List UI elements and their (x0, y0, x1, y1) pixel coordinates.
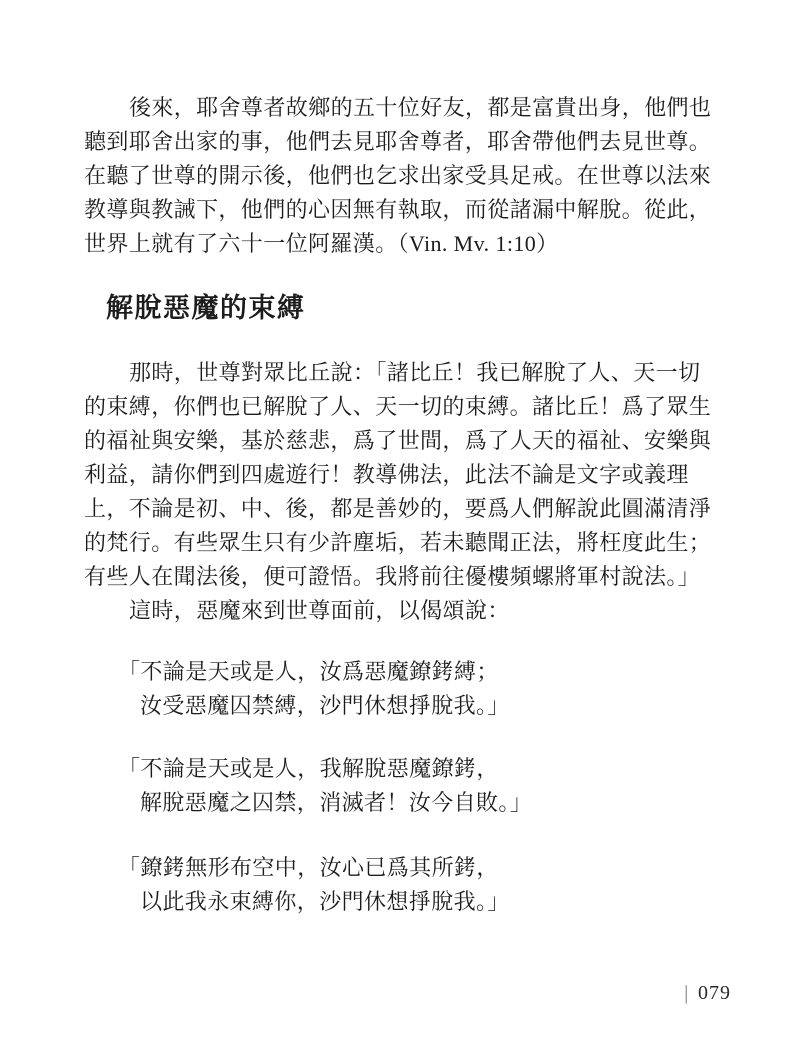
paragraph-3-line: 這時，惡魔來到世尊面前，以偈頌說： (84, 594, 720, 628)
page-number: |079 (684, 982, 731, 1005)
paragraph-1-line-citation: 世界上就有了六十一位阿羅漢。（Vin. Mv. 1:10） (84, 227, 720, 261)
paragraph-2-line: 有些人在聞法後，便可證悟。我將前往優樓頻螺將軍村說法。」 (84, 560, 720, 594)
paragraph-2-line: 上，不論是初、中、後，都是善妙的，要爲人們解說此圓滿清淨 (84, 492, 720, 526)
paragraph-1-line: 後來，耶舍尊者故鄉的五十位好友，都是富貴出身，他們也 (84, 91, 720, 125)
verse-line: 汝受惡魔囚禁縛，沙門休想掙脫我。」 (140, 689, 678, 723)
verse-stanza-2: 「不論是天或是人，我解脫惡魔鐐銬， 解脫惡魔之囚禁，消滅者！汝今自敗。」 (118, 752, 678, 820)
paragraph-1-line: 在聽了世尊的開示後，他們也乞求出家受具足戒。在世尊以法來 (84, 159, 720, 193)
paragraph-2-line: 利益，請你們到四處遊行！教導佛法，此法不論是文字或義理 (84, 458, 720, 492)
verse-line: 「鐐銬無形布空中，汝心已爲其所銬， (118, 851, 678, 885)
paragraph-2: 那時，世尊對眾比丘說：「諸比丘！我已解脫了人、天一切 的束縛，你們也已解脫了人、… (84, 356, 720, 628)
verse-line: 以此我永束縛你，沙門休想掙脫我。」 (140, 885, 678, 919)
verse-stanza-3: 「鐐銬無形布空中，汝心已爲其所銬， 以此我永束縛你，沙門休想掙脫我。」 (118, 851, 678, 919)
verse-stanza-1: 「不論是天或是人，汝爲惡魔鐐銬縛； 汝受惡魔囚禁縛，沙門休想掙脫我。」 (118, 655, 678, 723)
paragraph-2-line: 的束縛，你們也已解脫了人、天一切的束縛。諸比丘！爲了眾生 (84, 390, 720, 424)
paragraph-1-line: 聽到耶舍出家的事，他們去見耶舍尊者，耶舍帶他們去見世尊。 (84, 125, 720, 159)
paragraph-2-line: 那時，世尊對眾比丘說：「諸比丘！我已解脫了人、天一切 (84, 356, 720, 390)
paragraph-2-line: 的梵行。有些眾生只有少許塵垢，若未聽聞正法，將枉度此生； (84, 526, 720, 560)
page-number-value: 079 (698, 982, 731, 1004)
paragraph-2-line: 的福祉與安樂，基於慈悲，爲了世間，爲了人天的福祉、安樂與 (84, 424, 720, 458)
book-page: 後來，耶舍尊者故鄉的五十位好友，都是富貴出身，他們也 聽到耶舍出家的事，他們去見… (0, 0, 792, 1056)
paragraph-1: 後來，耶舍尊者故鄉的五十位好友，都是富貴出身，他們也 聽到耶舍出家的事，他們去見… (84, 91, 720, 261)
page-number-separator: | (685, 982, 689, 1005)
verse-line: 「不論是天或是人，汝爲惡魔鐐銬縛； (118, 655, 678, 689)
verse-line: 「不論是天或是人，我解脫惡魔鐐銬， (118, 752, 678, 786)
paragraph-1-line: 教導與教誡下，他們的心因無有執取，而從諸漏中解脫。從此， (84, 193, 720, 227)
section-heading: 解脫惡魔的束縛 (106, 286, 306, 325)
verse-line: 解脫惡魔之囚禁，消滅者！汝今自敗。」 (140, 786, 678, 820)
